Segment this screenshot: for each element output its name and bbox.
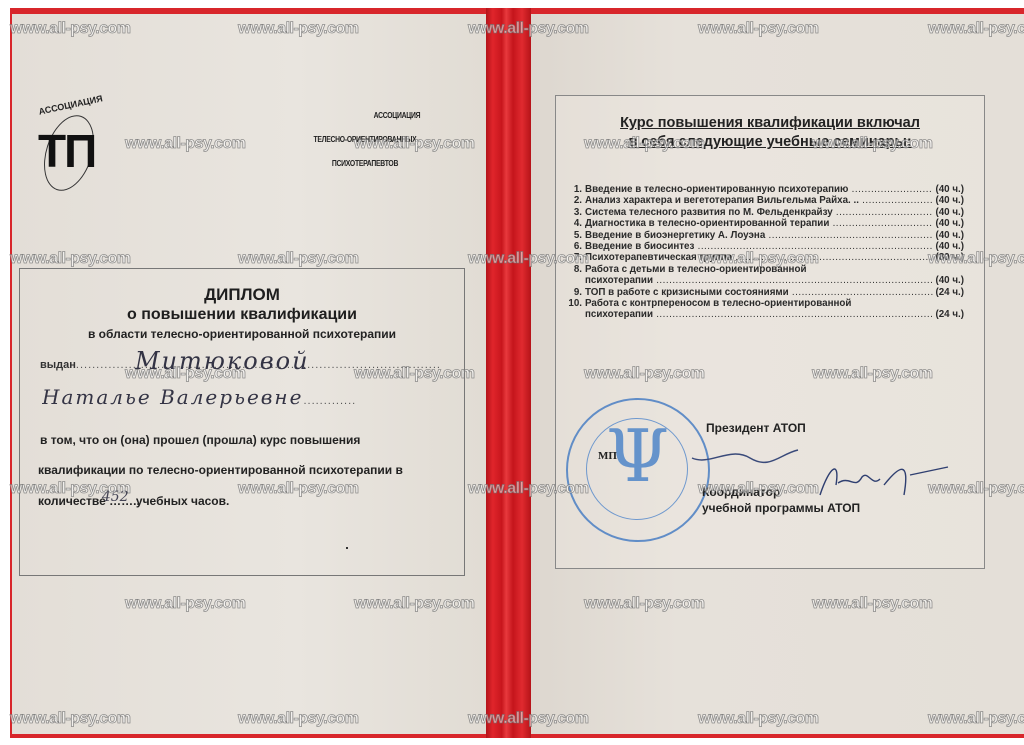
seminar-hours: (40 ч.) xyxy=(933,218,964,229)
recipient-surname: Митюковой xyxy=(135,347,310,375)
binding-spine xyxy=(486,8,531,738)
seminar-number: 5. xyxy=(564,230,582,241)
seminar-title: Работа с контрпереносом в телесно-ориент… xyxy=(585,298,964,309)
seminar-number: 4. xyxy=(564,218,582,229)
seminar-title: Курс повышения квалификации включал в се… xyxy=(556,114,984,152)
seminar-item: 6.Введение в биосинтез(40 ч.) xyxy=(564,241,964,252)
mp-label: МП xyxy=(598,450,617,462)
seminar-hours: (40 ч.) xyxy=(933,241,964,252)
seminar-item: 1.Введение в телесно-ориентированную пси… xyxy=(564,184,964,195)
seminar-hours: (40 ч.) xyxy=(933,275,964,286)
seminar-title-continuation: психотерапии xyxy=(585,275,933,286)
seminar-title: Диагностика в телесно-ориентированной те… xyxy=(585,218,933,229)
diploma-subtitle: о повышении квалификации xyxy=(20,306,464,324)
hours-prefix: количестве xyxy=(38,494,106,508)
seminar-number: 6. xyxy=(564,241,582,252)
seminar-title-line-2: в себя следующие учебные семинары: xyxy=(628,134,911,150)
seminar-title: Анализ характера и вегетотерапия Вильгел… xyxy=(585,195,933,206)
diploma-body-line-2: квалификации по телесно-ориентированной … xyxy=(38,463,403,477)
president-label: Президент АТОП xyxy=(706,421,806,435)
seminar-item: 8.Работа с детьми в телесно-ориентирован… xyxy=(564,264,964,275)
diploma-body-line-3: количестве ……..452 учебных часов. xyxy=(38,493,229,509)
diploma-box: ДИПЛОМ о повышении квалификации в област… xyxy=(19,268,465,576)
recipient-name-row: Наталье Валерьевне............. xyxy=(42,385,442,409)
hours-value: 452 xyxy=(102,489,129,505)
seminar-item-continuation: психотерапии(40 ч.) xyxy=(564,275,964,286)
seminar-item: 3.Система телесного развития по М. Фельд… xyxy=(564,207,964,218)
seminar-item: 5.Введение в биоэнергетику А. Лоуэна(40 … xyxy=(564,230,964,241)
president-signature xyxy=(690,436,800,476)
seminar-title: Работа с детьми в телесно-ориентированно… xyxy=(585,264,964,275)
recipient-name: Наталье Валерьевне xyxy=(42,385,303,409)
seminar-title: Введение в биоэнергетику А. Лоуэна xyxy=(585,230,933,241)
seminar-title-line-1: Курс повышения квалификации включал xyxy=(620,115,920,131)
seminar-item: 2.Анализ характера и вегетотерапия Вильг… xyxy=(564,195,964,206)
ink-speck xyxy=(346,547,348,549)
logo-letters: ТП xyxy=(38,128,95,174)
seminar-hours: (80 ч.) xyxy=(933,252,964,263)
seminar-title-continuation: психотерапии xyxy=(585,309,933,320)
seminar-item: 10.Работа с контрпереносом в телесно-ори… xyxy=(564,298,964,309)
association-line-1: АССОЦИАЦИЯ xyxy=(301,104,429,128)
diploma-title: ДИПЛОМ xyxy=(20,285,464,305)
issued-label: выдан xyxy=(40,359,76,371)
seminar-number: 10. xyxy=(564,298,582,309)
seminar-hours: (40 ч.) xyxy=(933,207,964,218)
seminar-hours: (40 ч.) xyxy=(933,184,964,195)
coordinator-line-2: учебной программы АТОП xyxy=(702,500,860,516)
association-line-3: ПСИХОТЕРАПЕВТОВ xyxy=(301,152,429,176)
coordinator-line-1: Координатор xyxy=(702,484,860,500)
seminar-title: ТОП в работе с кризисными состояниями xyxy=(585,287,933,298)
association-line-2: ТЕЛЕСНО-ОРИЕНТИРОВАННЫХ xyxy=(301,128,429,152)
seminar-number: 8. xyxy=(564,264,582,275)
seminar-list: 1.Введение в телесно-ориентированную пси… xyxy=(564,184,964,321)
seminar-number: 9. xyxy=(564,287,582,298)
seminar-title: Психотерапевтическая группа xyxy=(585,252,933,263)
seminar-item: 7.Психотерапевтическая группа(80 ч.) xyxy=(564,252,964,263)
seminar-number: 1. xyxy=(564,184,582,195)
seminar-hours: (24 ч.) xyxy=(933,309,964,320)
seminar-hours: (40 ч.) xyxy=(933,230,964,241)
seminar-title: Введение в телесно-ориентированную психо… xyxy=(585,184,933,195)
seminar-number: 3. xyxy=(564,207,582,218)
diploma-body-line-1: в том, что он (она) прошел (прошла) курс… xyxy=(40,433,360,447)
hours-suffix: учебных часов. xyxy=(136,494,229,508)
seminar-item: 4.Диагностика в телесно-ориентированной … xyxy=(564,218,964,229)
seminar-hours: (24 ч.) xyxy=(933,287,964,298)
seminar-number: 2. xyxy=(564,195,582,206)
association-logo: АССОЦИАЦИЯ ТП xyxy=(32,100,112,190)
diploma-field: в области телесно-ориентированной психот… xyxy=(20,327,464,341)
association-name: АССОЦИАЦИЯ ТЕЛЕСНО-ОРИЕНТИРОВАННЫХ ПСИХО… xyxy=(301,104,429,176)
seminar-title: Система телесного развития по М. Фельден… xyxy=(585,207,933,218)
official-stamp: Ψ xyxy=(566,398,710,542)
seminar-number: 7. xyxy=(564,252,582,263)
seminar-item: 9.ТОП в работе с кризисными состояниями(… xyxy=(564,287,964,298)
seminar-title: Введение в биосинтез xyxy=(585,241,933,252)
seminar-hours: (40 ч.) xyxy=(933,195,964,206)
coordinator-label: Координатор учебной программы АТОП xyxy=(702,484,860,516)
seminar-item-continuation: психотерапии(24 ч.) xyxy=(564,309,964,320)
